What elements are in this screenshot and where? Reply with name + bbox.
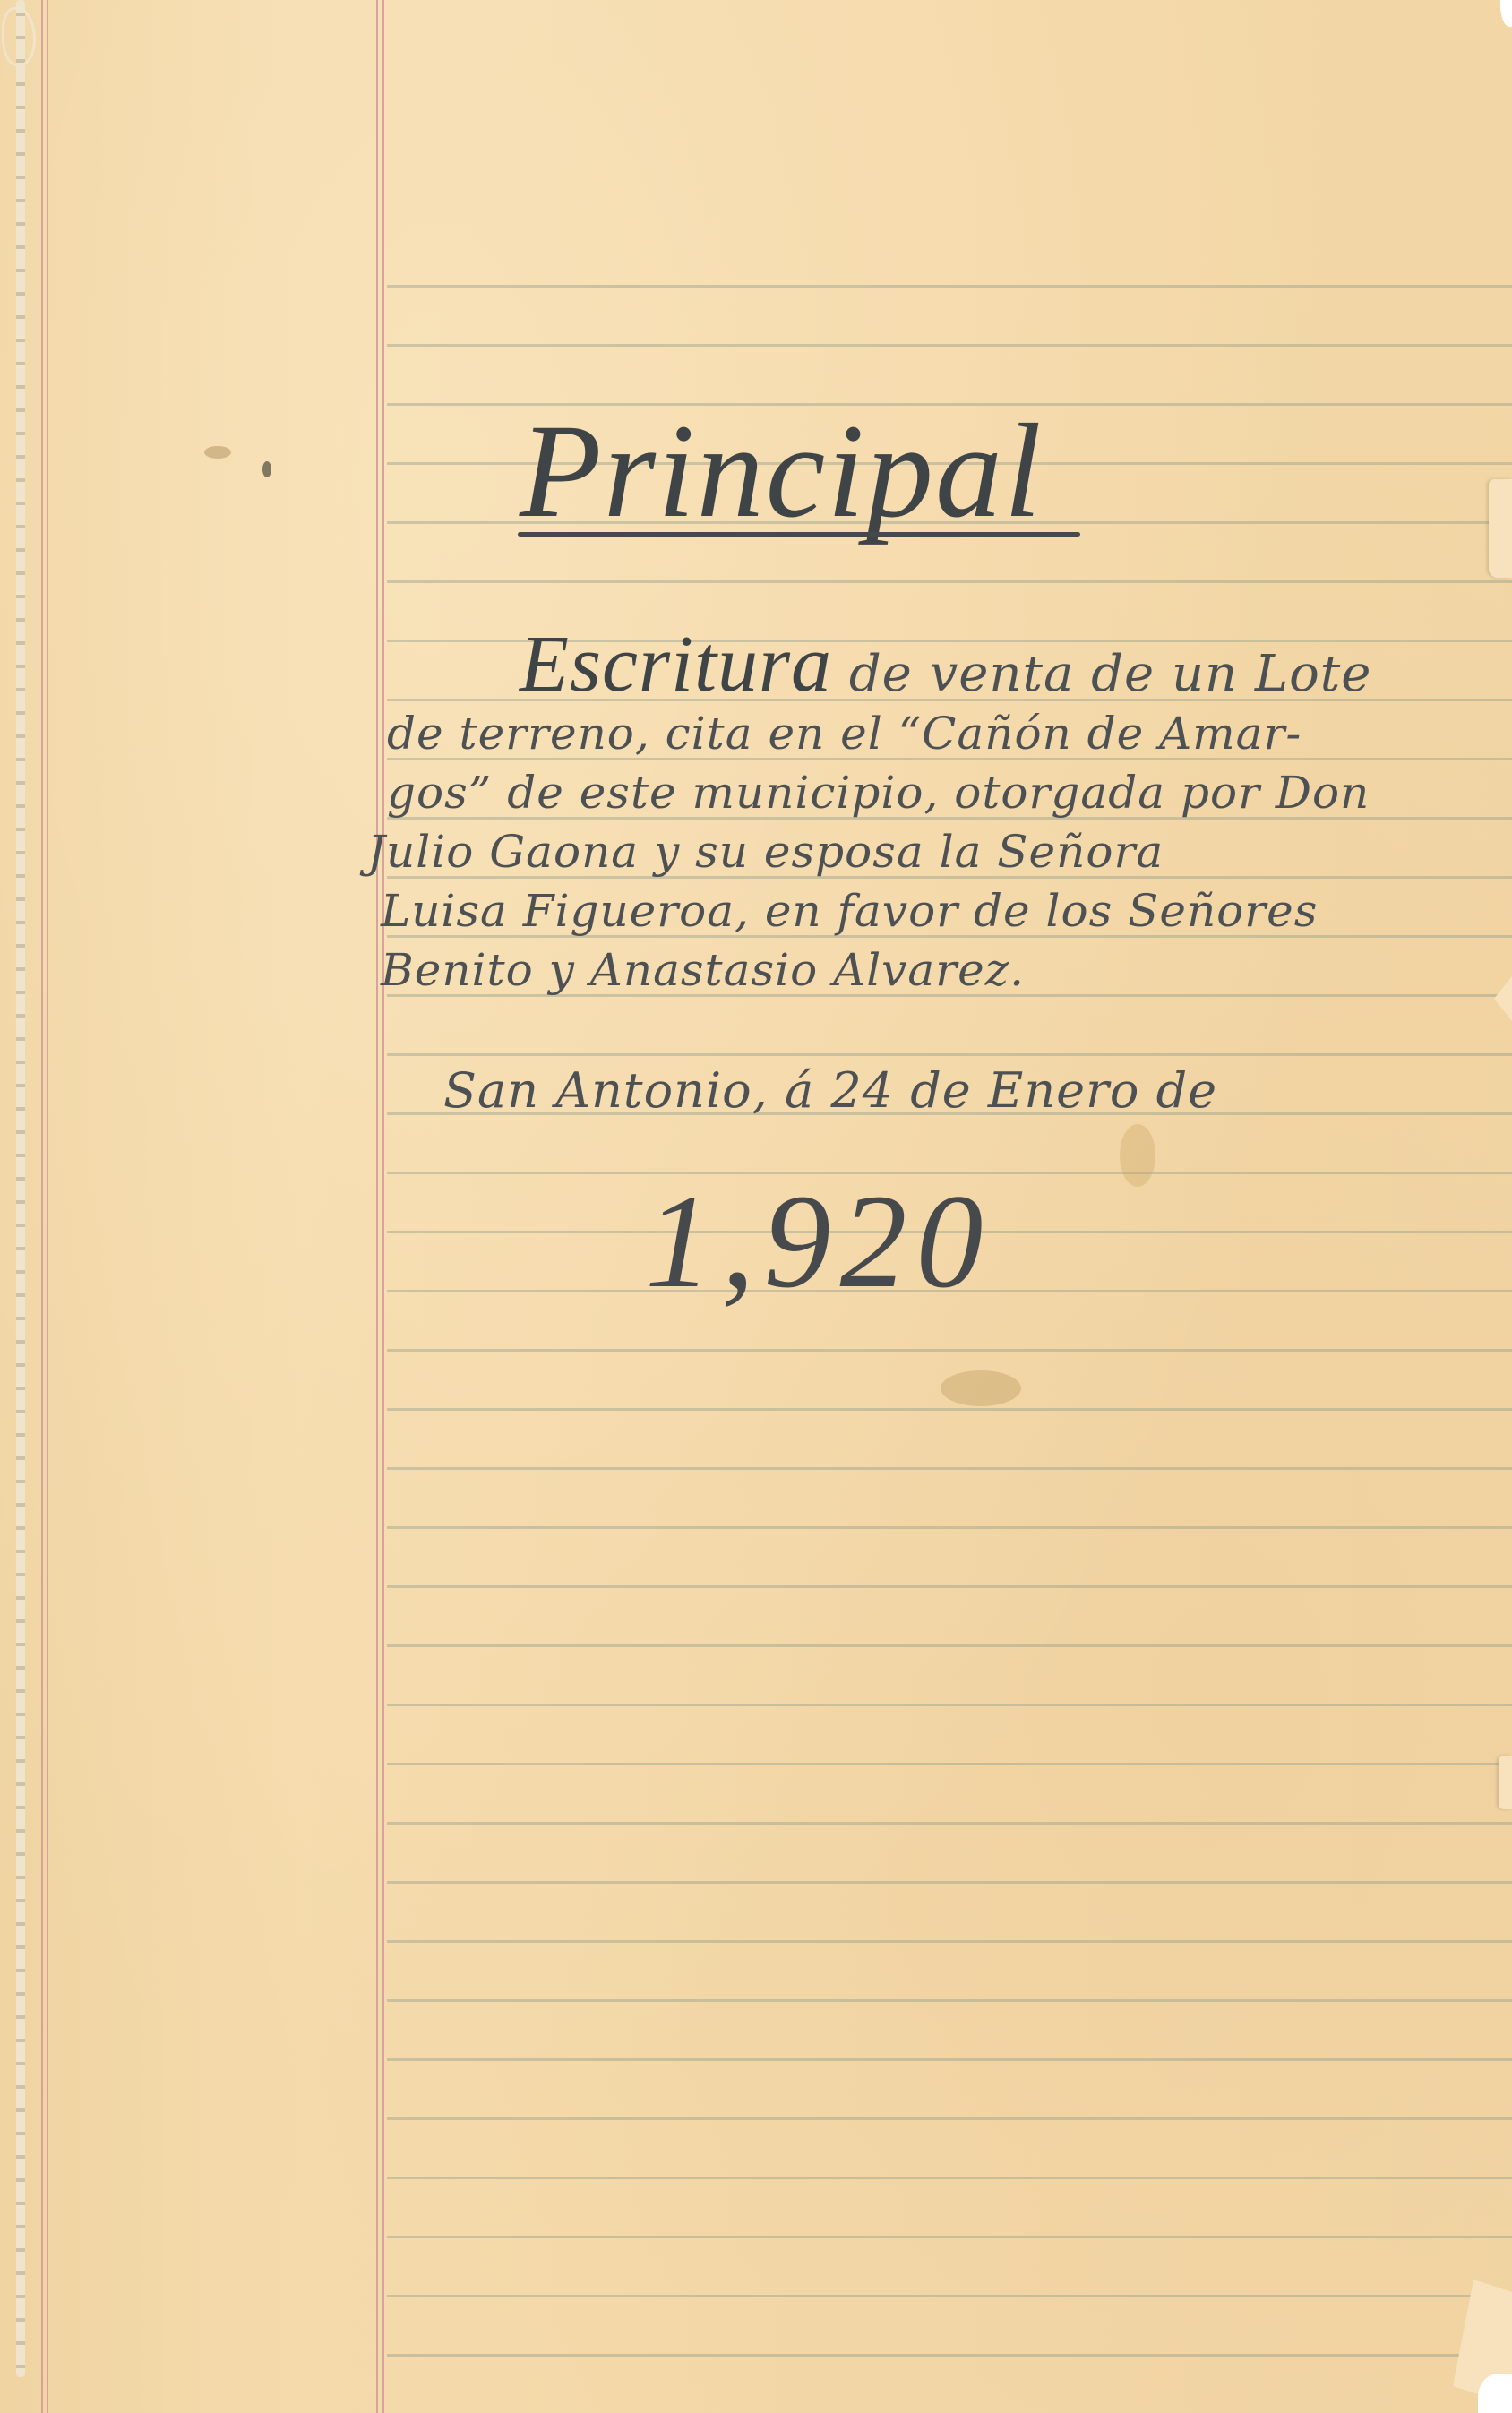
body-line-4: Julio Gaona y su esposa la Señora [367, 826, 1164, 878]
lead-word: Escritura [520, 620, 832, 708]
body-line-1-text: de venta de un Lote [849, 645, 1372, 703]
torn-edge-flap [1489, 479, 1512, 578]
text-margin-line-outer [376, 0, 378, 2413]
ruled-lines [387, 285, 1512, 2413]
body-line-6: Benito y Anastasio Alvarez. [381, 944, 1025, 996]
title-underline [518, 532, 1080, 537]
stain-mark [204, 446, 231, 459]
body-line-1: Escritura de venta de un Lote [520, 618, 1371, 710]
body-line-2: de terreno, cita en el “Cañón de Amar- [387, 708, 1302, 760]
stain-mark [262, 461, 271, 477]
place-date-line: San Antonio, á 24 de Enero de [443, 1062, 1217, 1119]
text-margin-line-inner [382, 0, 384, 2413]
thread-binding [16, 0, 25, 2377]
body-line-3: gos” de este municipio, otorgada por Don [387, 767, 1370, 819]
body-line-5: Luisa Figueroa, en favor de los Señores [381, 885, 1318, 937]
left-margin-line-outer [41, 0, 43, 2413]
stain-mark [1120, 1124, 1155, 1187]
torn-edge-flap [1499, 1756, 1512, 1809]
year: 1,920 [645, 1164, 992, 1318]
stain-mark [941, 1370, 1021, 1406]
document-title: Principal [520, 394, 1044, 548]
left-margin-line-inner [47, 0, 48, 2413]
